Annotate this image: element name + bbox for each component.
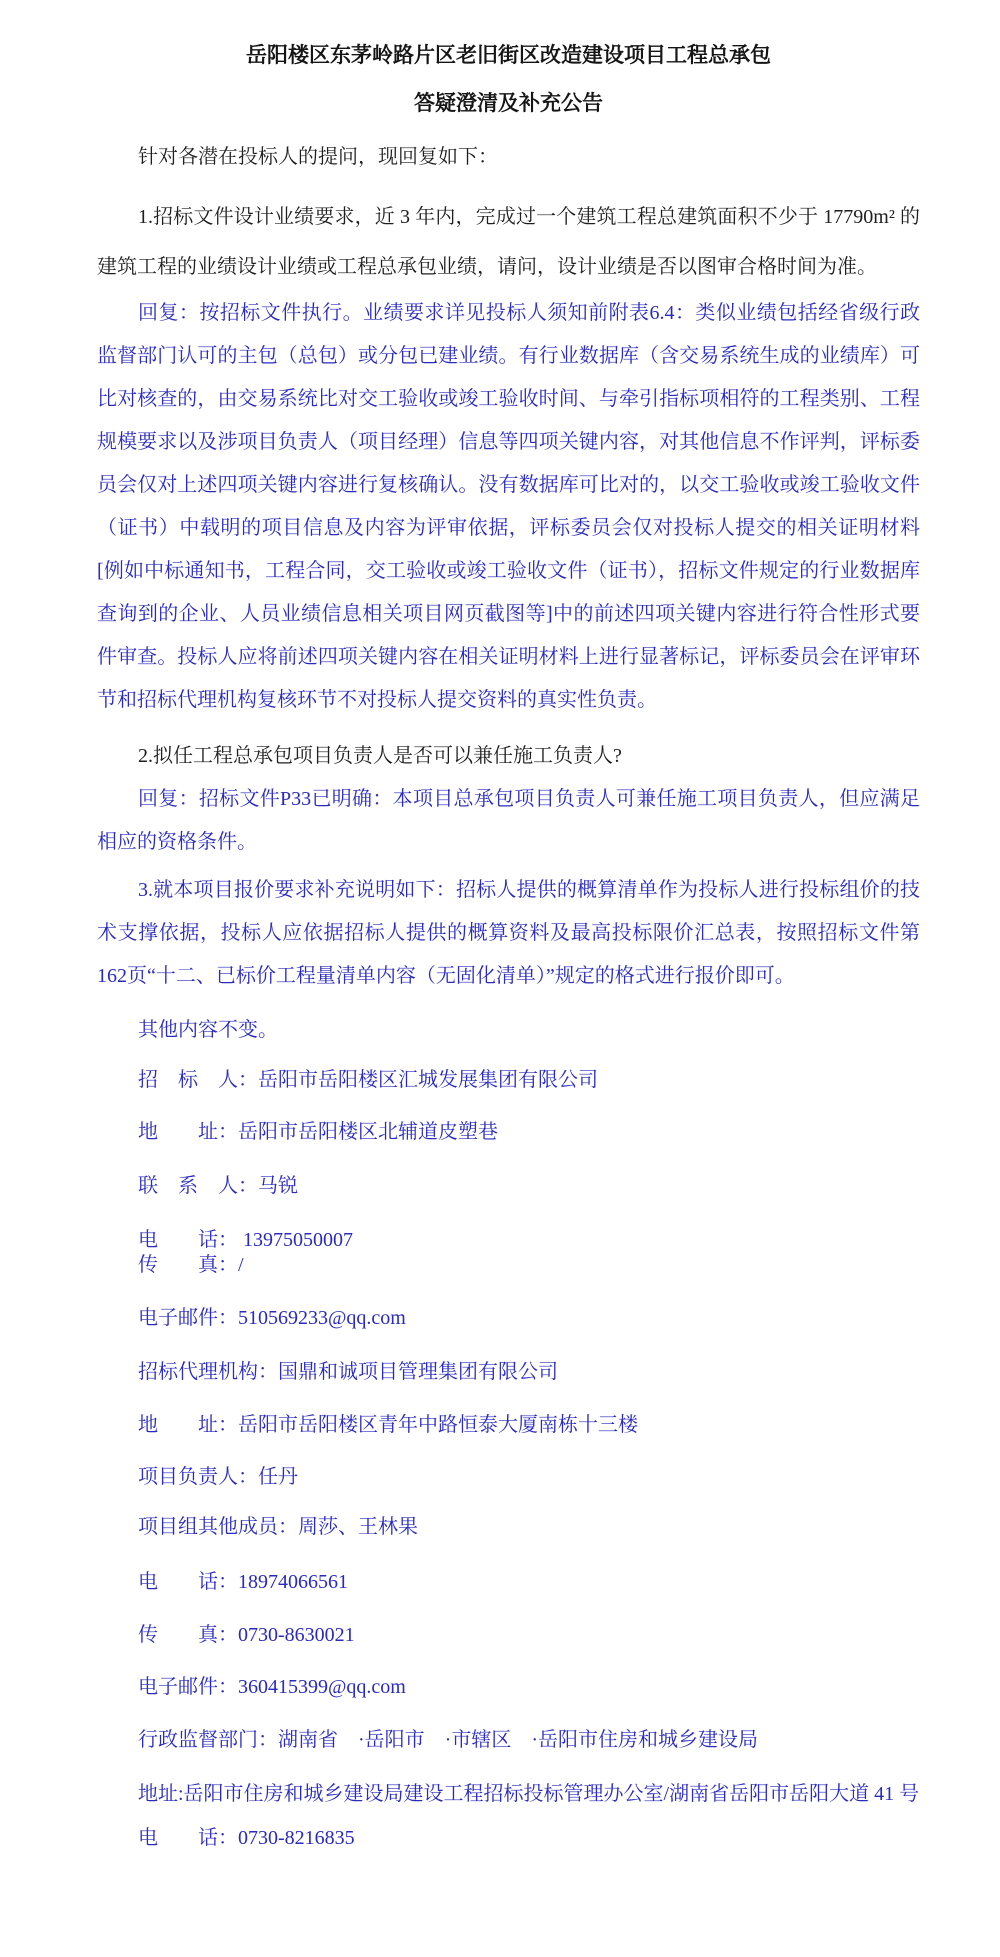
contact-person-line: 联 系 人：马锐 (97, 1165, 920, 1208)
project-leader-line: 项目负责人：任丹 (97, 1456, 920, 1499)
doc-title-line1: 岳阳楼区东茅岭路片区老旧街区改造建设项目工程总承包 (97, 40, 920, 72)
agency-phone-line: 电 话：18974066561 (97, 1561, 920, 1604)
tenderer-phone-fax-group: 电 话： 13975050007 传 真：/ (97, 1228, 920, 1278)
supervision-address-line: 地址:岳阳市住房和城乡建设局建设工程招标投标管理办公室/湖南省岳阳市岳阳大道 4… (97, 1771, 920, 1817)
tenderer-line: 招 标 人：岳阳市岳阳楼区汇城发展集团有限公司 (97, 1059, 920, 1102)
agency-address-line: 地 址：岳阳市岳阳楼区青年中路恒泰大厦南栋十三楼 (97, 1404, 920, 1447)
tenderer-email-line: 电子邮件：510569233@qq.com (97, 1297, 920, 1340)
answer-1: 回复：按招标文件执行。业绩要求详见投标人须知前附表6.4：类似业绩包括经省级行政… (97, 292, 920, 722)
question-1: 1.招标文件设计业绩要求，近 3 年内，完成过一个建筑工程总建筑面积不少于 17… (97, 192, 920, 292)
supervision-phone-line: 电 话：0730-8216835 (97, 1817, 920, 1860)
unchanged-note: 其他内容不变。 (97, 1009, 920, 1052)
agency-fax-line: 传 真：0730-8630021 (97, 1614, 920, 1657)
team-members-line: 项目组其他成员：周莎、王林果 (97, 1506, 920, 1549)
supplement-3: 3.就本项目报价要求补充说明如下：招标人提供的概算清单作为投标人进行投标组价的技… (97, 869, 920, 998)
tenderer-fax-line: 传 真：/ (97, 1253, 920, 1278)
document-page: 岳阳楼区东茅岭路片区老旧街区改造建设项目工程总承包 答疑澄清及补充公告 针对各潜… (0, 0, 1000, 1957)
agency-line: 招标代理机构：国鼎和诚项目管理集团有限公司 (97, 1351, 920, 1394)
tenderer-address-line: 地 址：岳阳市岳阳楼区北辅道皮塑巷 (97, 1111, 920, 1154)
intro-paragraph: 针对各潜在投标人的提问，现回复如下： (97, 136, 920, 179)
doc-title-line2: 答疑澄清及补充公告 (97, 88, 920, 120)
answer-2: 回复：招标文件P33已明确：本项目总承包项目负责人可兼任施工项目负责人，但应满足… (97, 778, 920, 864)
tenderer-phone-line: 电 话： 13975050007 (97, 1228, 920, 1253)
agency-email-line: 电子邮件：360415399@qq.com (97, 1666, 920, 1709)
supervision-dept-line: 行政监督部门：湖南省 ·岳阳市 ·市辖区 ·岳阳市住房和城乡建设局 (97, 1719, 920, 1762)
question-2: 2.拟任工程总承包项目负责人是否可以兼任施工负责人? (97, 735, 920, 778)
